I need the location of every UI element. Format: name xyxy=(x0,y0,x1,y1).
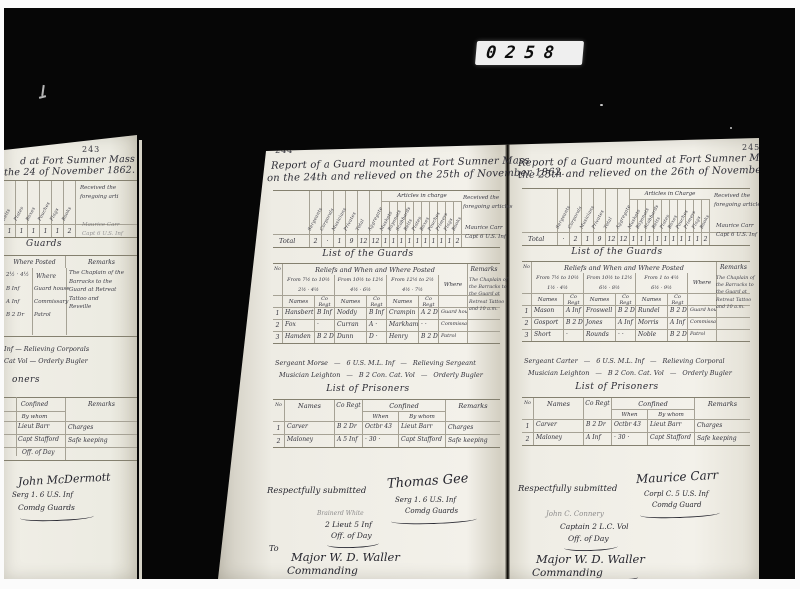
table-row: Names Co Regt Names Co Regt Names Co Reg… xyxy=(273,295,500,307)
table-row: No Names Co Regt Confined Remarks xyxy=(522,398,750,409)
remark-line: Barracks to the xyxy=(69,278,124,287)
value-cell: 1 xyxy=(678,233,686,245)
shift-hours: 6½ · 8½ xyxy=(584,284,635,294)
page-edge xyxy=(139,140,142,579)
prisoner-row: 1 Carver B 2 Dr Octbr 43 Lieut Barr Char… xyxy=(522,419,750,432)
column-label: Plates xyxy=(14,206,26,222)
confined-when: Octbr 43 xyxy=(612,420,648,432)
guards-remarks-text: The Chaplain of the Barracks to the Guar… xyxy=(469,277,508,313)
cell xyxy=(688,294,717,305)
value-cell: · xyxy=(322,235,334,247)
page-number: 243 xyxy=(82,145,100,154)
remark-line: Received the xyxy=(714,192,763,201)
remark-line: Received the xyxy=(80,184,119,193)
column-rule xyxy=(32,268,33,335)
officer-of-day-signature: Brainerd White xyxy=(317,510,364,517)
cell: Books xyxy=(64,181,76,224)
remark-line: foregoing articles xyxy=(714,201,763,210)
no-header: No xyxy=(522,398,534,409)
value-cell: 9 xyxy=(594,233,606,245)
officer-role: Off. of Day xyxy=(331,531,372,540)
signature-flourish xyxy=(391,517,477,526)
officer-role: Off. of Day xyxy=(568,534,609,543)
detail-unit: 6 U.S. M.L. Inf xyxy=(596,357,644,365)
value-cell: 1 xyxy=(430,235,438,247)
dash: — xyxy=(421,371,428,379)
guard-name: Rounds xyxy=(584,330,616,341)
guard-commander-signature: Thomas Gee xyxy=(387,471,469,492)
relief-line: Cat Vol — Orderly Bugler xyxy=(4,357,88,365)
articles-remark-signature: Maurice Carr Capt 6 U.S. Inf xyxy=(82,221,123,238)
value-cell: 2 xyxy=(310,235,322,247)
guard-name: Dunn xyxy=(335,332,367,343)
cell xyxy=(522,273,532,293)
cell xyxy=(534,409,584,419)
names-header: Names xyxy=(534,398,584,409)
relieving-line: Sergeant Morse—6 U.S. M.L. Inf—Relieving… xyxy=(275,359,476,367)
signature-role: Comdg Guards xyxy=(18,503,75,512)
remarks-header: Remarks xyxy=(695,398,750,409)
confined-when: · 30 · xyxy=(363,435,399,447)
confined-header: Confined xyxy=(4,398,66,411)
cell xyxy=(522,189,558,232)
value-cell: 1 xyxy=(446,235,454,247)
remarks-header: Remarks xyxy=(717,262,750,273)
cell xyxy=(273,275,283,295)
guard-commander-signature: Maurice Carr xyxy=(636,468,719,486)
detail-name: Musician Leighton xyxy=(528,369,589,377)
guard-regiment: B 2 Dr xyxy=(564,318,584,329)
signature-flourish xyxy=(640,511,720,520)
remarks-header: Remarks xyxy=(66,256,137,268)
guard-regiment: D · xyxy=(367,332,387,343)
guard-name: Curran xyxy=(335,320,367,331)
remark-line: The Chaplain of xyxy=(716,275,755,282)
cell xyxy=(468,332,500,343)
officer-rank: 2 Lieut 5 Inf xyxy=(325,520,372,529)
guard-regiment: A 2 Dr xyxy=(419,308,439,319)
remark-line: Capt 6 U.S. Inf xyxy=(716,231,757,240)
remark-line: the Guard at xyxy=(716,289,755,296)
no-header: No xyxy=(273,264,283,275)
column-label: Total xyxy=(604,217,614,230)
guard-regiment: B 2 Dr xyxy=(419,332,439,343)
value-cell: 1 xyxy=(694,233,702,245)
posted-value: Commissary xyxy=(688,318,717,329)
value-cell: 2 xyxy=(64,225,76,237)
value-cell: 1 xyxy=(334,235,346,247)
dash: — xyxy=(584,357,591,365)
by-whom-value: Capt Stafford xyxy=(4,435,66,447)
row-number: 1 xyxy=(273,308,283,319)
guard-name: Markham xyxy=(387,320,419,331)
guard-regiment: B Inf xyxy=(367,308,387,319)
co-regt-header: Co Regt xyxy=(564,294,584,305)
total-label: Total xyxy=(522,233,558,245)
guard-regiment: · xyxy=(315,320,335,331)
when-header: When xyxy=(363,411,399,421)
commander-role: Commanding xyxy=(287,565,358,577)
regiment-fragment: A Inf xyxy=(6,298,19,307)
value-cell: 1 xyxy=(654,233,662,245)
guard-name: Short xyxy=(532,330,564,341)
detail-unit: B 2 Con. Cat. Vol xyxy=(359,371,415,379)
shift-hours: From 10½ to 12½ xyxy=(335,276,386,286)
guard-name: Henry xyxy=(387,332,419,343)
prisoner-row: 2 Maloney A 5 Inf · 30 · Capt Stafford S… xyxy=(273,434,500,447)
shift-cell: From 1 to 4½ 6½ · 9½ xyxy=(636,273,688,293)
column-label: Flags xyxy=(50,208,61,222)
remark-line: the Barracks to xyxy=(716,282,755,289)
remarks-header: Remarks xyxy=(66,398,137,411)
guard-regiment: B 2 Dr xyxy=(616,306,636,317)
guard-regiment: A Inf xyxy=(564,306,584,317)
signature-flourish xyxy=(20,514,94,523)
value-cell: 9 xyxy=(346,235,358,247)
cell xyxy=(717,318,750,329)
articles-remark-signature: Maurice Carr Capt 6 U.S. Inf xyxy=(716,222,757,239)
table-row: From 7½ to 10½ 2½ · 4½ From 10½ to 12½ 4… xyxy=(273,275,500,295)
articles-remark: Received the foregoing articles xyxy=(463,194,512,211)
signature-flourish xyxy=(327,541,379,549)
cell xyxy=(468,320,500,331)
value-cell: 1 xyxy=(16,225,28,237)
confined-by: Lieut Barr xyxy=(648,420,695,432)
guard-name: Rundel xyxy=(636,306,668,317)
shift-cell: From 7½ to 10½ 2½ · 4½ xyxy=(283,275,335,295)
commander-name: Major W. D. Waller xyxy=(536,552,645,566)
guard-name: Crampin xyxy=(387,308,419,319)
where-label: Where xyxy=(36,272,56,281)
table-row: No Reliefs and When and Where Posted Rem… xyxy=(273,264,500,275)
guards-heading: List of the Guards xyxy=(522,247,712,257)
detail-role: Relieving Sergeant xyxy=(413,359,476,367)
posted-value: Guard house xyxy=(34,285,70,294)
prisoner-regiment: B 2 Dr xyxy=(584,420,612,432)
to-label: To xyxy=(269,544,279,553)
co-regt-header: Co Regt xyxy=(584,398,612,409)
shift-hours: From 7½ to 10½ xyxy=(532,274,583,284)
shift-hours: 4½ · 7½ xyxy=(387,286,438,296)
table-row: Capt Stafford Safe keeping xyxy=(4,434,137,447)
row-number: 3 xyxy=(273,332,283,343)
remark-value: Charges xyxy=(446,422,500,434)
shift-hours: From 7½ to 10½ xyxy=(283,276,334,286)
cell xyxy=(695,409,750,419)
remark-line: Maurice Carr xyxy=(82,221,123,230)
table-row: Lieut Barr Charges xyxy=(4,421,137,434)
value-cell: 1 xyxy=(422,235,430,247)
co-regt-header: Co Regt xyxy=(668,294,688,305)
guard-name: Mason xyxy=(532,306,564,317)
guard-row: 3 Short · Rounds · · Noble B 2 Dr Patrol xyxy=(522,329,750,341)
articles-remark: Received the foregoing articles xyxy=(714,192,763,209)
table-row: Off. of Day xyxy=(4,447,137,460)
guard-name: Morris xyxy=(636,318,668,329)
value-cell: 2 xyxy=(702,233,710,245)
articles-columns: Muskets Bayonets Scabbards Belts Plates … xyxy=(382,202,462,234)
remark-value xyxy=(66,448,137,460)
shift-cell: From 10½ to 12½ 6½ · 8½ xyxy=(584,273,636,293)
prisoner-name: Carver xyxy=(285,422,335,434)
table-row: No Names Co Regt Confined Remarks xyxy=(273,400,500,411)
posted-value: Patrol xyxy=(439,332,468,343)
report-title-line2: the 24 of November 1862. xyxy=(4,165,135,179)
column-label: Books xyxy=(62,206,73,222)
guard-row: 1 Hansbert B Inf Noddy B Inf Crampin A 2… xyxy=(273,307,500,319)
guard-regiment: A · xyxy=(367,320,387,331)
row-number: 2 xyxy=(522,318,532,329)
detail-role: Orderly Bugler xyxy=(433,371,483,379)
dash: — xyxy=(670,369,677,377)
value-cell: 1 xyxy=(4,225,16,237)
shift-fragment: 2½ · 4½ xyxy=(6,271,29,280)
confined-by: Capt Stafford xyxy=(648,433,695,445)
table-row: When By whom xyxy=(273,411,500,421)
prisoners-heading-fragment: oners xyxy=(12,375,40,385)
shift-cell: From 12½ to 2½ 4½ · 7½ xyxy=(387,275,439,295)
remark-line: Maurice Carr xyxy=(465,224,506,233)
when-header: When xyxy=(612,409,648,419)
co-regt-header: Co Regt xyxy=(315,296,335,307)
guards-heading-fragment: Guards xyxy=(26,239,62,249)
cell xyxy=(522,294,532,305)
confined-header: Confined xyxy=(363,400,446,411)
table-row: When By whom xyxy=(522,409,750,419)
remark-line: Retreat Tattoo xyxy=(469,299,508,306)
guard-name: Hansbert xyxy=(283,308,315,319)
value-cell: 2 xyxy=(570,233,582,245)
posted-value: Patrol xyxy=(688,330,717,341)
prisoner-name: Maloney xyxy=(534,433,584,445)
value-cell: 1 xyxy=(406,235,414,247)
shift-hours: 1½ · 4½ xyxy=(532,284,583,294)
table-row: Confined Remarks xyxy=(4,398,137,411)
by-whom-header: By whom xyxy=(648,409,695,419)
articles-remark: Received the foregoing arti xyxy=(80,184,119,201)
cell: Books xyxy=(454,202,462,234)
submitted-line: Respectfully submitted xyxy=(267,486,366,496)
guards-table-header: Reliefs and When and Where Posted xyxy=(283,264,468,275)
officer-of-day-signature: John C. Connery xyxy=(546,510,604,518)
value-cell: 12 xyxy=(606,233,618,245)
articles-group-header: Articles in charge xyxy=(382,191,462,202)
remark-line: Tattoo and xyxy=(69,295,124,304)
guard-regiment: · · xyxy=(616,330,636,341)
remark-value: Safe keeping xyxy=(66,435,137,447)
names-header: Names xyxy=(283,296,315,307)
table-row: No Reliefs and When and Where Posted Rem… xyxy=(522,262,750,273)
ledger-spread: 244 Report of a Guard mounted at Fort Su… xyxy=(218,138,759,579)
relieving-line: Sergeant Carter—6 U.S. M.L. Inf—Relievin… xyxy=(524,357,725,365)
guard-name: Fox xyxy=(283,320,315,331)
cell xyxy=(439,296,468,307)
detail-unit: 6 U.S. M.L. Inf xyxy=(347,359,395,367)
guard-commander-signature: John McDermott xyxy=(18,471,111,489)
value-cell: 1 xyxy=(52,225,64,237)
shift-hours: From 12½ to 2½ xyxy=(387,276,438,286)
prisoners-table-fragment: Confined Remarks By whom Lieut Barr Char… xyxy=(4,397,137,461)
detail-unit: B 2 Con. Cat. Vol xyxy=(608,369,664,377)
prisoner-regiment: A 5 Inf xyxy=(335,435,363,447)
page-243: 243 d at Fort Sumner Mass the 24 of Nove… xyxy=(4,135,137,579)
guard-regiment: B Inf xyxy=(315,308,335,319)
page-245: 245 Report of a Guard mounted at Fort Su… xyxy=(518,138,756,579)
prisoner-regiment: B 2 Dr xyxy=(335,422,363,434)
shift-hours: 2½ · 4½ xyxy=(283,286,334,296)
names-header: Names xyxy=(532,294,564,305)
names-header: Names xyxy=(335,296,367,307)
guard-name: Hamden xyxy=(283,332,315,343)
remark-line: Received the xyxy=(463,194,512,203)
confined-header: Confined xyxy=(612,398,695,409)
remark-line: Retreat Tattoo xyxy=(716,297,755,304)
guard-name: Gosport xyxy=(532,318,564,329)
value-cell: 1 xyxy=(390,235,398,247)
value-cell: 1 xyxy=(414,235,422,247)
prisoners-table: No Names Co Regt Confined Remarks When B… xyxy=(273,399,500,448)
by-whom-header: By whom xyxy=(4,411,66,421)
guards-table-header: Reliefs and When and Where Posted xyxy=(532,262,717,273)
bugler-line: Musician Leighton—B 2 Con. Cat. Vol—Orde… xyxy=(279,371,483,379)
remark-line: foregoing articles xyxy=(463,203,512,212)
cell xyxy=(584,409,612,419)
cell xyxy=(335,411,363,421)
detail-role: Relieving Corporal xyxy=(663,357,725,365)
value-cell: 1 xyxy=(40,225,52,237)
cell: Books xyxy=(702,200,710,232)
confined-by: Lieut Barr xyxy=(399,422,446,434)
detail-name: Sergeant Carter xyxy=(524,357,578,365)
names-header: Names xyxy=(387,296,419,307)
guard-regiment: · xyxy=(564,330,584,341)
value-cell: 1 xyxy=(646,233,654,245)
cell xyxy=(273,411,285,421)
signature-flourish xyxy=(564,544,618,552)
page-244: 244 Report of a Guard mounted at Fort Su… xyxy=(265,138,510,579)
prisoners-table: No Names Co Regt Confined Remarks When B… xyxy=(522,397,750,446)
value-cell: 12 xyxy=(358,235,370,247)
value-cell: 1 xyxy=(670,233,678,245)
confined-when: · 30 · xyxy=(612,433,648,445)
value-cell: 1 xyxy=(382,235,390,247)
prisoner-name: Carver xyxy=(534,420,584,432)
remark-line: Guard at Retreat xyxy=(69,286,124,295)
signature-rank: Corpl C. 5 U.S. Inf xyxy=(644,490,708,498)
detail-name: Sergeant Morse xyxy=(275,359,328,367)
where-label: Where xyxy=(439,275,468,295)
shift-hours: 6½ · 9½ xyxy=(636,284,687,294)
value-cell: 1 xyxy=(662,233,670,245)
table-row: By whom xyxy=(4,411,137,421)
value-cell: 2 xyxy=(454,235,462,247)
co-regt-header: Co Regt xyxy=(367,296,387,307)
cell xyxy=(285,411,335,421)
where-posted-header: Where Posted xyxy=(4,256,66,268)
remark-line: Reveille xyxy=(69,303,124,312)
confined-when: Octbr 43 xyxy=(363,422,399,434)
shift-cell: From 7½ to 10½ 1½ · 4½ xyxy=(532,273,584,293)
page-number: 245 xyxy=(742,143,760,152)
by-whom-value: Off. of Day xyxy=(4,448,66,460)
value-cell: 1 xyxy=(630,233,638,245)
guard-name: Froswell xyxy=(584,306,616,317)
column-label: Total xyxy=(356,219,366,232)
where-label: Where xyxy=(688,273,717,293)
relief-line: Inf — Relieving Corporals xyxy=(4,345,89,353)
remark-line: Capt 6 U.S. Inf xyxy=(465,233,506,242)
signature-role: Comdg Guards xyxy=(405,507,458,515)
dash: — xyxy=(400,359,407,367)
dash: — xyxy=(334,359,341,367)
co-regt-header: Co Regt xyxy=(616,294,636,305)
guard-row: 2 Gosport B 2 Dr Jones A Inf Morris A In… xyxy=(522,317,750,329)
dust-speck xyxy=(600,104,603,106)
posted-value: Guard house xyxy=(688,306,717,317)
table-row: Where Posted Remarks xyxy=(4,256,137,268)
posted-value: Commissary xyxy=(439,320,468,331)
no-header: No xyxy=(522,262,532,273)
guard-name: Noble xyxy=(636,330,668,341)
remark-line: Capt 6 U.S. Inf xyxy=(82,230,123,239)
remark-line: and 10 a.m. xyxy=(716,304,755,311)
remark-line: The Chaplain of the xyxy=(69,269,124,278)
dash: — xyxy=(346,371,353,379)
remark-line: foregoing arti xyxy=(80,193,119,202)
names-header: Names xyxy=(285,400,335,411)
cell xyxy=(66,411,137,421)
signature-rank: Serg 1. 6 U.S. Inf xyxy=(12,491,73,499)
shift-cell: From 10½ to 12½ 4½ · 6½ xyxy=(335,275,387,295)
names-header: Names xyxy=(584,294,616,305)
column-label: Boxes xyxy=(26,207,37,222)
prisoner-regiment: A Inf xyxy=(584,433,612,445)
dash: — xyxy=(650,357,657,365)
value-cell: 1 xyxy=(638,233,646,245)
articles-columns: Muskets Bayonets Scabbards Belts Plates … xyxy=(630,200,710,232)
shift-hours: From 1 to 4½ xyxy=(636,274,687,284)
officer-rank: Captain 2 L.C. Vol xyxy=(560,522,629,531)
remark-line: the Guard at xyxy=(469,291,508,298)
remarks-header: Remarks xyxy=(468,264,500,275)
prisoner-row: 1 Carver B 2 Dr Octbr 43 Lieut Barr Char… xyxy=(273,421,500,434)
row-number: 1 xyxy=(522,420,534,432)
remark-value: Charges xyxy=(66,422,137,434)
remark-line: and 10 a.m. xyxy=(469,306,508,313)
guards-remarks-text: The Chaplain of the Barracks to the Guar… xyxy=(69,269,124,312)
row-number: 3 xyxy=(522,330,532,341)
remark-line: The Chaplain of xyxy=(469,277,508,284)
value-cell: 1 xyxy=(28,225,40,237)
guard-regiment: B 2 Dr xyxy=(315,332,335,343)
posted-value: Commissary xyxy=(34,298,68,307)
by-whom-header: By whom xyxy=(399,411,446,421)
confined-by: Capt Stafford xyxy=(399,435,446,447)
guards-remarks-text: The Chaplain of the Barracks to the Guar… xyxy=(716,275,755,311)
signature-rank: Serg 1. 6 U.S. Inf xyxy=(395,496,456,504)
guard-name: Noddy xyxy=(335,308,367,319)
row-number: 1 xyxy=(273,422,285,434)
remark-value: Charges xyxy=(695,420,750,432)
prisoners-heading: List of Prisoners xyxy=(522,382,712,392)
co-regt-header: Co Regt xyxy=(419,296,439,307)
regiment-fragment: B Inf xyxy=(6,285,20,294)
posted-value: Guard house xyxy=(439,308,468,319)
detail-role: Orderly Bugler xyxy=(682,369,732,377)
value-cell: · xyxy=(558,233,570,245)
remark-value: Safe keeping xyxy=(695,433,750,445)
guard-name: Jones xyxy=(584,318,616,329)
